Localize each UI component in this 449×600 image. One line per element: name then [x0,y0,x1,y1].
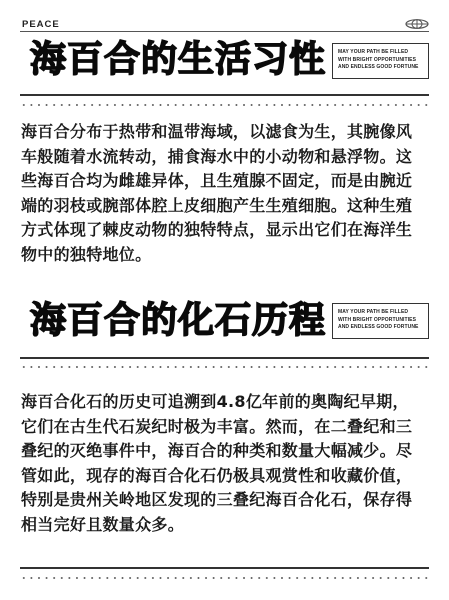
section-divider [20,357,429,359]
tagline-line: MAY YOUR PATH BE FILLED [338,309,428,317]
section-title: 海百合的化石历程 [30,301,326,341]
footer-divider [20,567,429,569]
footer-dotted-divider [20,577,429,579]
globe-icon [405,19,429,29]
tagline-line: WITH BRIGHT OPPORTUNITIES [338,57,428,65]
section-title: 海百合的生活习性 [30,40,326,80]
header-rule [20,31,429,32]
section-divider [20,94,429,96]
tagline-line: AND ENDLESS GOOD FORTUNE [338,64,428,72]
header-label: PEACE [22,19,60,30]
tagline-line: MAY YOUR PATH BE FILLED [338,49,428,57]
tagline-line: AND ENDLESS GOOD FORTUNE [338,324,428,332]
tagline-box: MAY YOUR PATH BE FILLED WITH BRIGHT OPPO… [332,43,429,79]
section-paragraph: 海百合化石的历史可追溯到4.8亿年前的奥陶纪早期，它们在古生代石炭纪时极为丰富。… [21,390,416,538]
dotted-divider [20,366,429,368]
tagline-box: MAY YOUR PATH BE FILLED WITH BRIGHT OPPO… [332,303,429,339]
section-paragraph: 海百合分布于热带和温带海域，以滤食为生，其腕像风车般随着水流转动，捕食海水中的小… [21,120,416,268]
tagline-line: WITH BRIGHT OPPORTUNITIES [338,317,428,325]
dotted-divider [20,104,429,106]
